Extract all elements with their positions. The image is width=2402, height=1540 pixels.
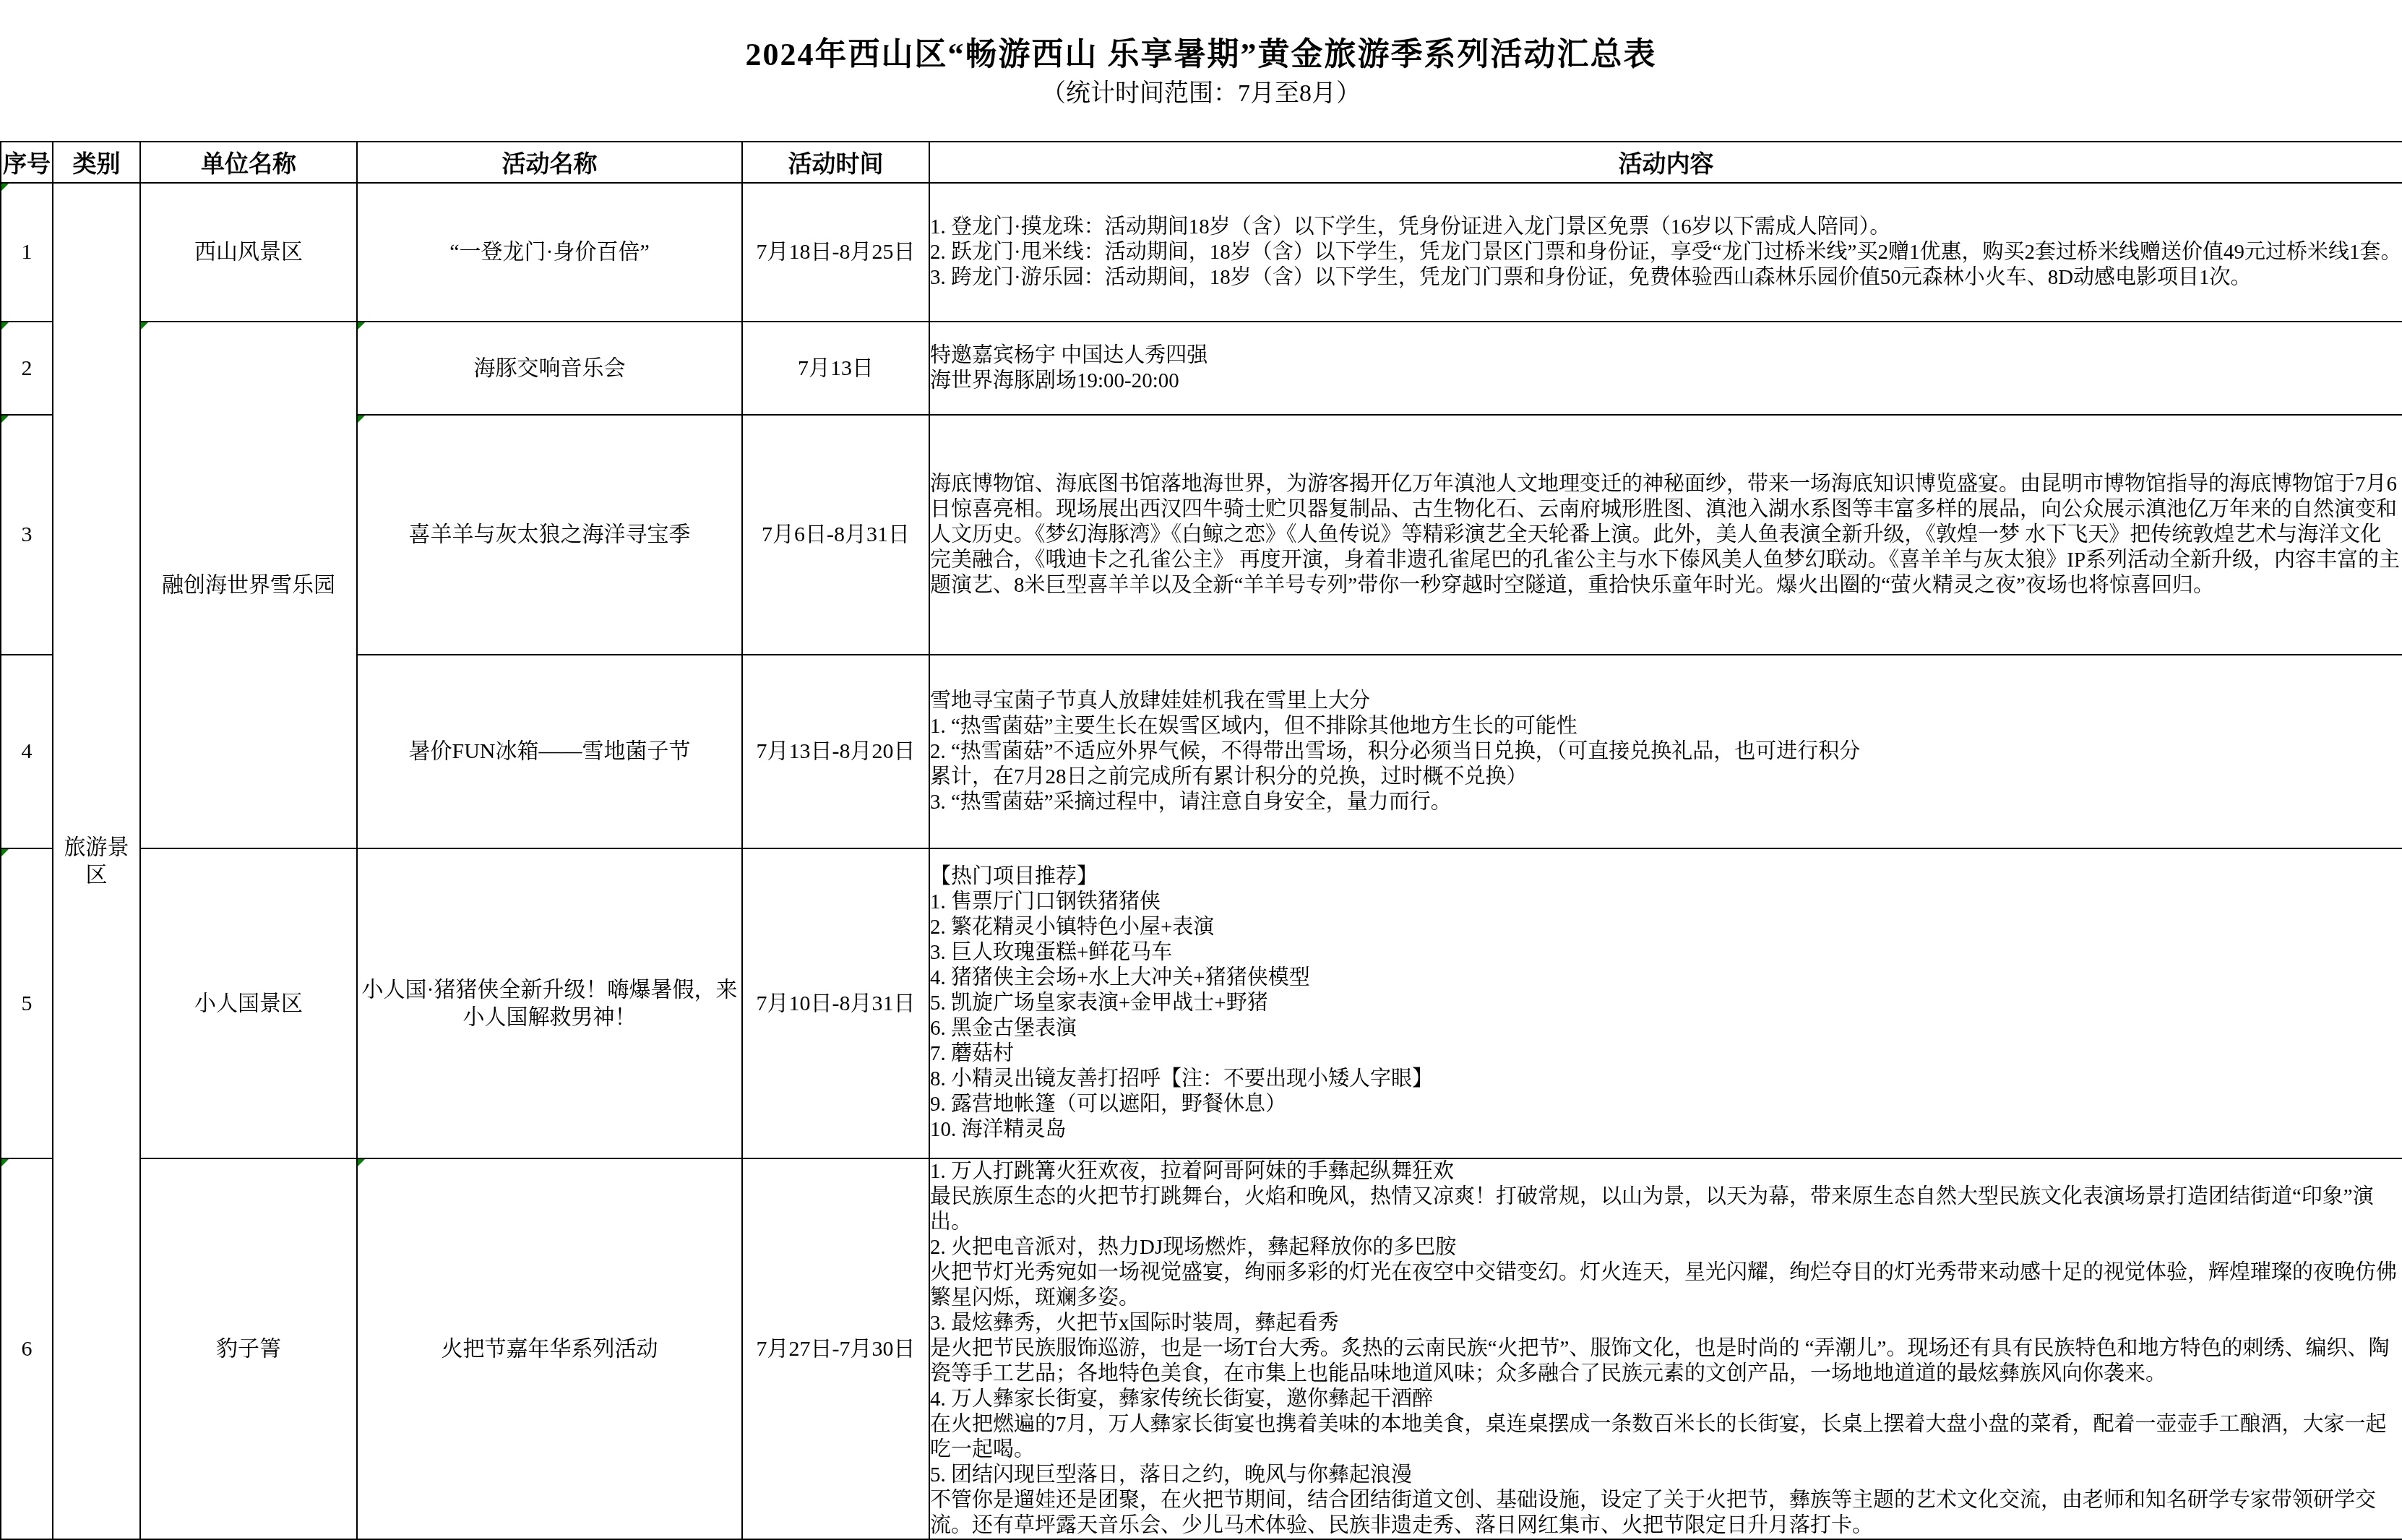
activity-time-cell: 7月13日	[742, 322, 929, 415]
activities-table: 序号 类别 单位名称 活动名称 活动时间 活动内容 1 旅游景区 西山风景区 “…	[0, 141, 2402, 1540]
activity-name-cell: 暑价FUN冰箱——雪地菌子节	[357, 655, 742, 848]
unit-name-cell: 豹子箐	[140, 1158, 357, 1539]
activity-time-cell: 7月10日-8月31日	[742, 848, 929, 1158]
excel-flag-icon	[358, 416, 365, 423]
unit-name-cell: 小人国景区	[140, 848, 357, 1158]
table-row: 4 暑价FUN冰箱——雪地菌子节 7月13日-8月20日 雪地寻宝菌子节真人放肆…	[1, 655, 2402, 848]
activity-content-cell: 特邀嘉宾杨宇 中国达人秀四强 海世界海豚剧场19:00-20:00	[929, 322, 2402, 415]
table-row: 5 小人国景区 小人国·猪猪侠全新升级！嗨爆暑假，来小人国解救男神！ 7月10日…	[1, 848, 2402, 1158]
activity-time-cell: 7月18日-8月25日	[742, 183, 929, 322]
activity-name: 喜羊羊与灰太狼之海洋寻宝季	[409, 522, 691, 546]
unit-name-cell: 融创海世界雪乐园	[140, 322, 357, 848]
excel-flag-icon	[141, 322, 148, 330]
table-row: 2 融创海世界雪乐园 海豚交响音乐会 7月13日 特邀嘉宾杨宇 中国达人秀四强 …	[1, 322, 2402, 415]
activity-content-cell: 1. 登龙门·摸龙珠：活动期间18岁（含）以下学生，凭身份证进入龙门景区免票（1…	[929, 183, 2402, 322]
activity-name: 火把节嘉年华系列活动	[442, 1337, 658, 1361]
activity-content-cell: 【热门项目推荐】 1. 售票厅门口钢铁猪猪侠 2. 繁花精灵小镇特色小屋+表演 …	[929, 848, 2402, 1158]
activity-time-cell: 7月6日-8月31日	[742, 415, 929, 655]
column-header-time: 活动时间	[742, 142, 929, 183]
page-title: 2024年西山区“畅游西山 乐享暑期”黄金旅游季系列活动汇总表	[0, 36, 2402, 74]
column-header-unit: 单位名称	[140, 142, 357, 183]
table-row: 6 豹子箐 火把节嘉年华系列活动 7月27日-7月30日 1. 万人打跳篝火狂欢…	[1, 1158, 2402, 1539]
activity-name-cell: 火把节嘉年华系列活动	[357, 1158, 742, 1539]
serial-cell: 2	[1, 322, 53, 415]
activity-name-cell: “一登龙门·身价百倍”	[357, 183, 742, 322]
category-cell: 旅游景区	[53, 183, 140, 1539]
page-subtitle: （统计时间范围：7月至8月）	[0, 79, 2402, 108]
excel-flag-icon	[358, 1159, 365, 1166]
excel-flag-icon	[1, 1159, 9, 1166]
column-header-content: 活动内容	[929, 142, 2402, 183]
table-row: 1 旅游景区 西山风景区 “一登龙门·身价百倍” 7月18日-8月25日 1. …	[1, 183, 2402, 322]
activity-name: 海豚交响音乐会	[474, 356, 626, 380]
excel-flag-icon	[1, 184, 9, 191]
serial-number: 6	[22, 1337, 33, 1361]
title-block: 2024年西山区“畅游西山 乐享暑期”黄金旅游季系列活动汇总表 （统计时间范围：…	[0, 0, 2402, 108]
serial-cell: 6	[1, 1158, 53, 1539]
activity-name-cell: 小人国·猪猪侠全新升级！嗨爆暑假，来小人国解救男神！	[357, 848, 742, 1158]
column-header-activity: 活动名称	[357, 142, 742, 183]
serial-number: 5	[22, 991, 33, 1015]
summary-sheet-page: 2024年西山区“畅游西山 乐享暑期”黄金旅游季系列活动汇总表 （统计时间范围：…	[0, 0, 2402, 1540]
column-header-category: 类别	[53, 142, 140, 183]
serial-cell: 1	[1, 183, 53, 322]
activity-content-cell: 1. 万人打跳篝火狂欢夜，拉着阿哥阿妹的手彝起纵舞狂欢 最民族原生态的火把节打跳…	[929, 1158, 2402, 1539]
serial-cell: 5	[1, 848, 53, 1158]
serial-cell: 3	[1, 415, 53, 655]
serial-cell: 4	[1, 655, 53, 848]
activity-time-cell: 7月27日-7月30日	[742, 1158, 929, 1539]
excel-flag-icon	[1, 849, 9, 856]
activity-time-cell: 7月13日-8月20日	[742, 655, 929, 848]
excel-flag-icon	[1, 322, 9, 330]
unit-name-cell: 西山风景区	[140, 183, 357, 322]
activity-name-cell: 喜羊羊与灰太狼之海洋寻宝季	[357, 415, 742, 655]
column-header-seq: 序号	[1, 142, 53, 183]
activity-content-cell: 海底博物馆、海底图书馆落地海世界，为游客揭开亿万年滇池人文地理变迁的神秘面纱，带…	[929, 415, 2402, 655]
activity-content-cell: 雪地寻宝菌子节真人放肆娃娃机我在雪里上大分 1. “热雪菌菇”主要生长在娱雪区域…	[929, 655, 2402, 848]
excel-flag-icon	[358, 322, 365, 330]
serial-number: 2	[22, 356, 33, 380]
table-header-row: 序号 类别 单位名称 活动名称 活动时间 活动内容	[1, 142, 2402, 183]
unit-name: 融创海世界雪乐园	[162, 573, 335, 597]
table-row: 3 喜羊羊与灰太狼之海洋寻宝季 7月6日-8月31日 海底博物馆、海底图书馆落地…	[1, 415, 2402, 655]
serial-number: 3	[22, 522, 33, 546]
activity-name-cell: 海豚交响音乐会	[357, 322, 742, 415]
serial-number: 1	[22, 240, 33, 264]
excel-flag-icon	[1, 416, 9, 423]
